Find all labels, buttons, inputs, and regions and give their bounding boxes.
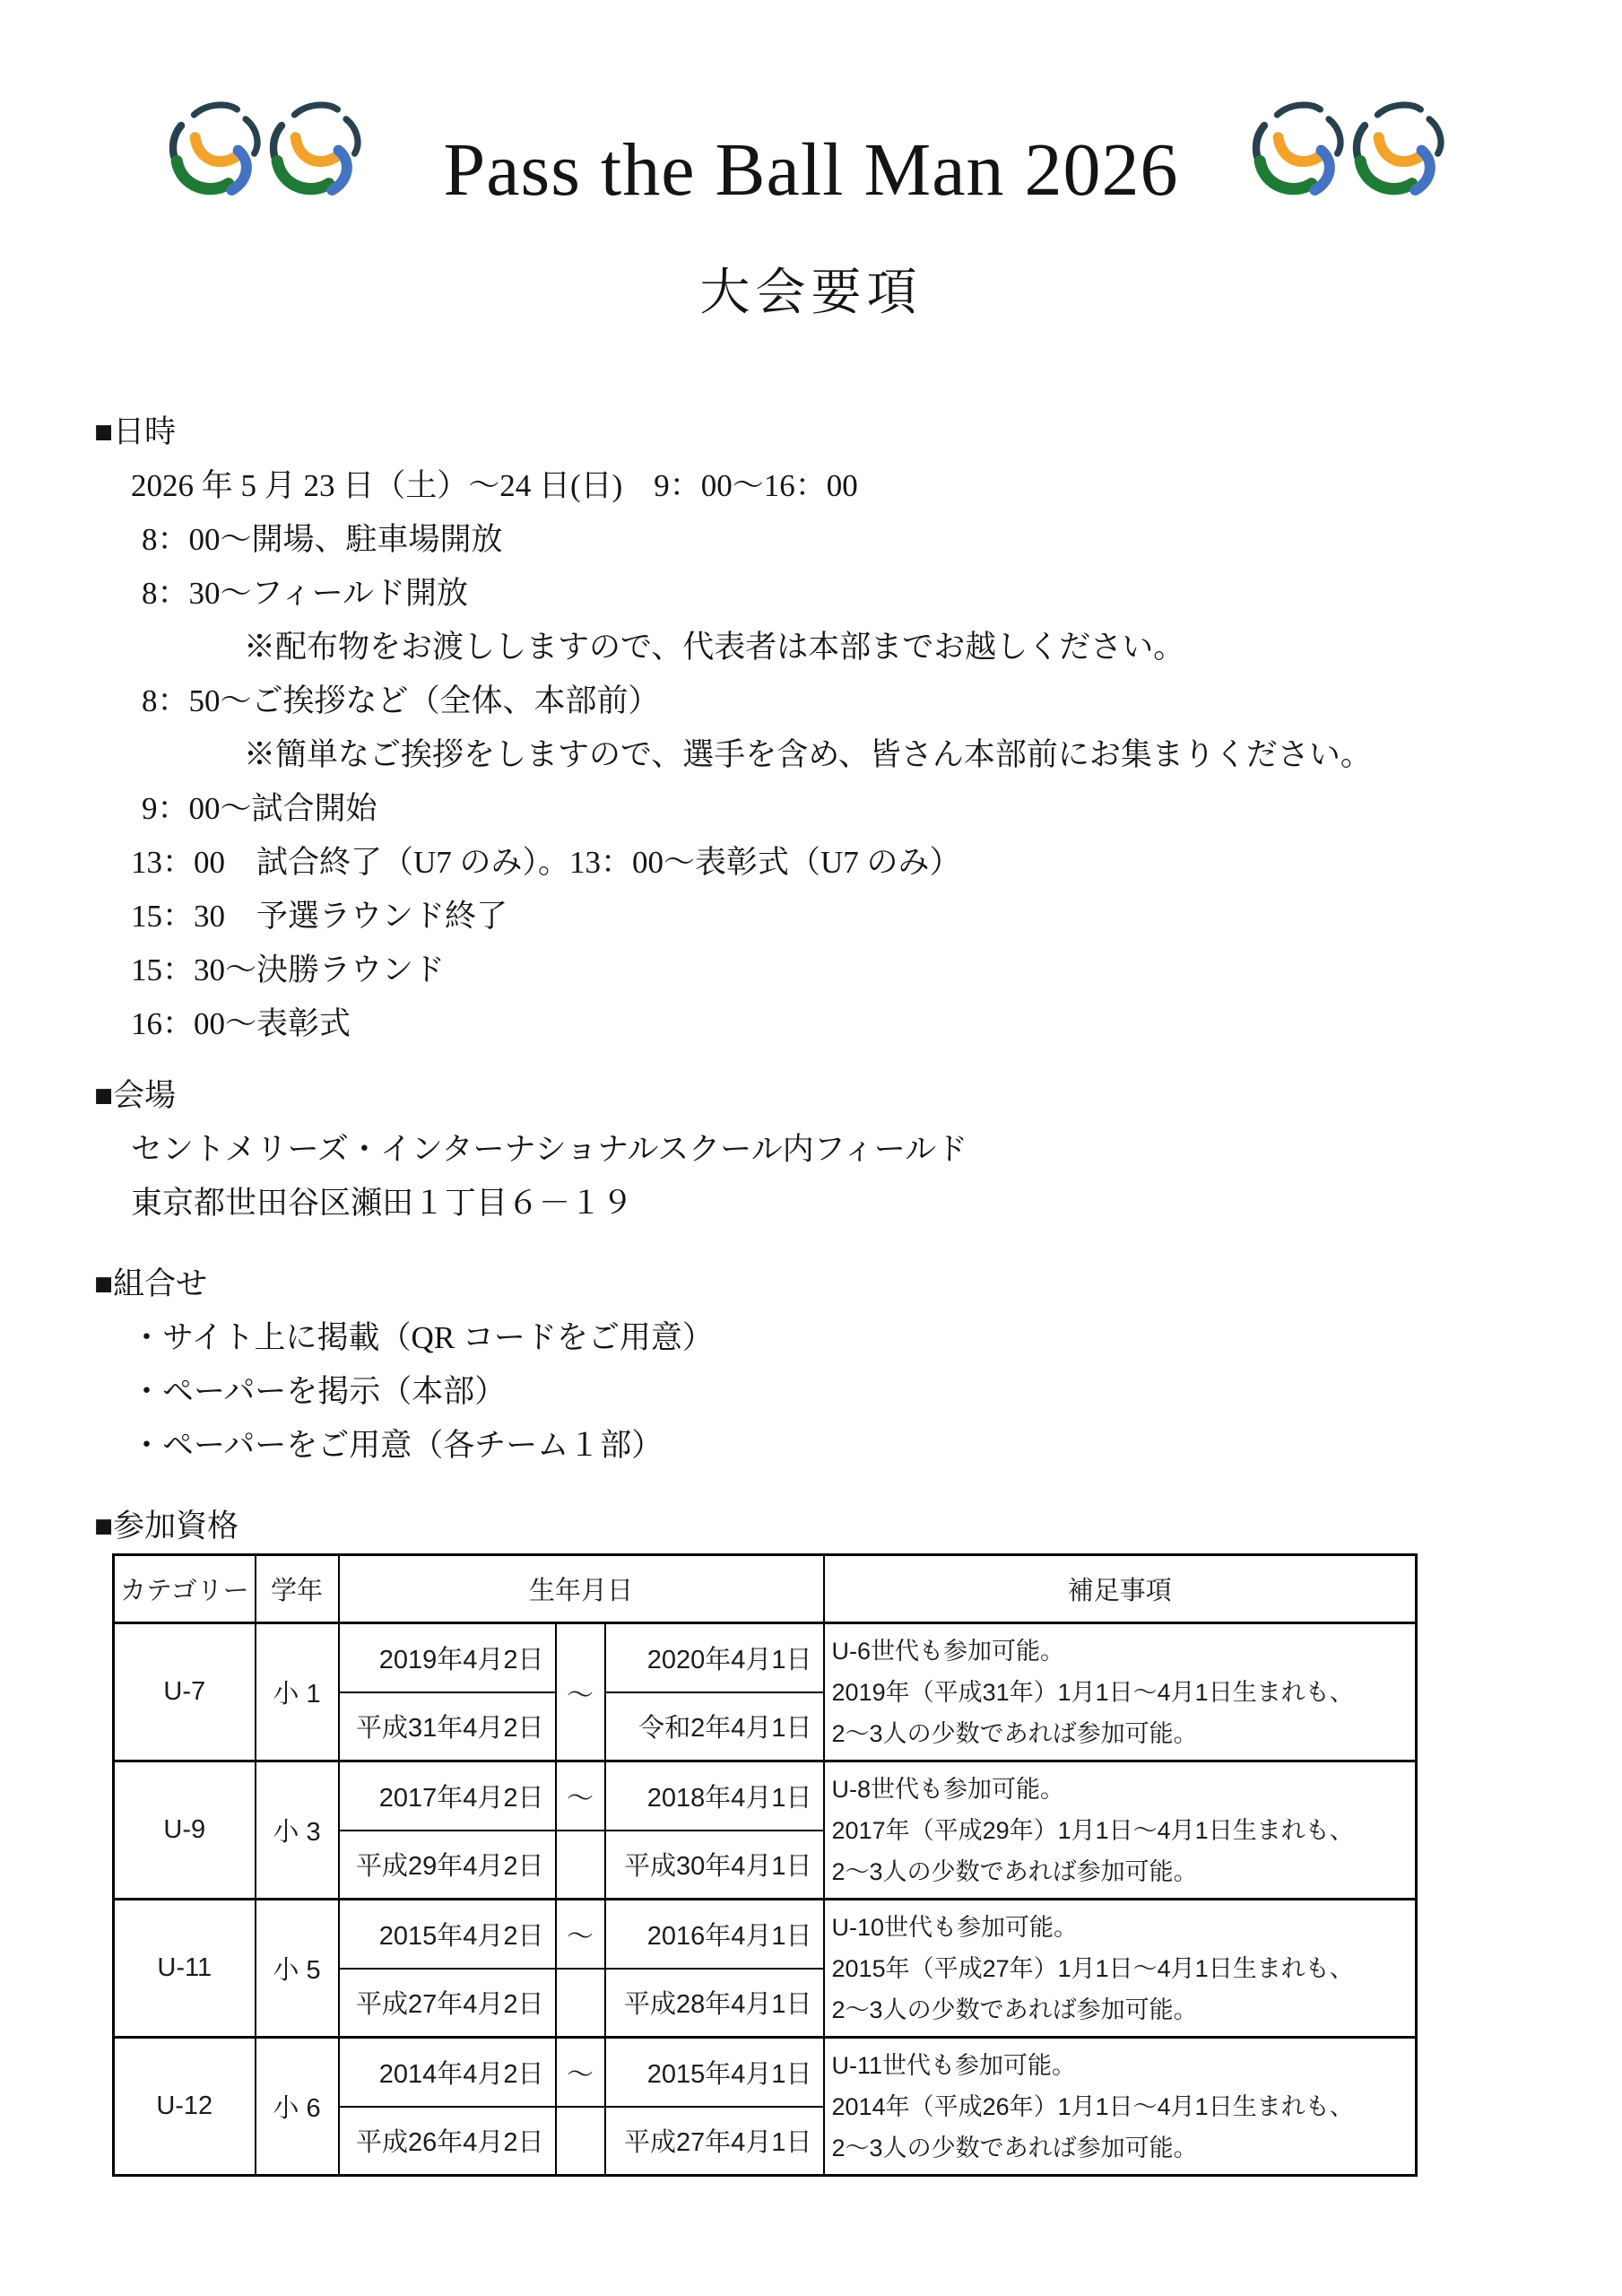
section-pairings: ■組合せ ・サイト上に掲載（QR コードをご用意） ・ペーパーを掲示（本部） ・…: [0, 1257, 1622, 1473]
birthdate-end-cell: 2020年4月1日: [605, 1623, 824, 1692]
notes-cell: U-10世代も参加可能。 2015年（平成27年）1月1日～4月1日生まれも、 …: [824, 1900, 1417, 2038]
table-row-u11: U-11 小 5 2015年4月2日 ～ 2016年4月1日 U-10世代も参加…: [114, 1900, 1417, 1969]
birthdate-end-era-cell: 平成27年4月1日: [605, 2107, 824, 2176]
section-datetime: ■日時 2026 年 5 月 23 日（土）～24 日(日) 9：00～16：0…: [0, 405, 1622, 1051]
venue-name-line: セントメリーズ・インターナショナルスクール内フィールド: [131, 1123, 1622, 1177]
birthdate-end-cell: 2016年4月1日: [605, 1900, 824, 1969]
tilde-cell: ～: [556, 1761, 605, 1831]
ball-man-logo-icon: [1349, 99, 1456, 206]
ball-man-logo-use: [173, 105, 257, 190]
note-line: 2～3人の少数であれば参加可能。: [832, 1989, 1410, 2031]
birthdate-start-era-cell: 平成27年4月2日: [339, 1969, 556, 2038]
tilde-cell: ～: [556, 1623, 605, 1761]
section-eligibility: ■参加資格: [0, 1500, 1622, 1553]
section-heading-pairings: ■組合せ: [94, 1257, 1622, 1311]
birthdate-start-cell: 2015年4月2日: [339, 1900, 556, 1969]
ball-man-logo-icon: [165, 99, 273, 206]
ball-man-logo-icon: [265, 99, 373, 206]
note-line: U-8世代も参加可能。: [832, 1769, 1410, 1810]
pairings-bullet: ・ペーパーを掲示（本部）: [131, 1365, 1622, 1419]
note-line: 2014年（平成26年）1月1日～4月1日生まれも、: [832, 2086, 1410, 2127]
birthdate-start-cell: 2017年4月2日: [339, 1761, 556, 1831]
ball-man-logo-icon: [1248, 99, 1356, 206]
header-notes: 補足事項: [824, 1555, 1417, 1623]
eligibility-table-body: U-7 小 1 2019年4月2日 ～ 2020年4月1日 U-6世代も参加可能…: [114, 1623, 1417, 2176]
birthdate-start-cell: 2019年4月2日: [339, 1623, 556, 1692]
grade-cell: 小 1: [256, 1623, 339, 1761]
note-line: 2～3人の少数であれば参加可能。: [832, 1713, 1410, 1754]
schedule-line: 8：50～ご挨拶など（全体、本部前）: [142, 674, 1622, 728]
schedule-note-line: ※配布物をお渡ししますので、代表者は本部までお越しください。: [244, 621, 1622, 674]
grade-cell: 小 6: [256, 2038, 339, 2176]
header-birthdate: 生年月日: [339, 1555, 824, 1623]
eligibility-table-head: カテゴリー 学年 生年月日 補足事項: [114, 1555, 1417, 1623]
section-heading-datetime: ■日時: [94, 405, 1622, 459]
category-cell: U-7: [114, 1623, 256, 1761]
birthdate-start-cell: 2014年4月2日: [339, 2038, 556, 2107]
grade-cell: 小 5: [256, 1900, 339, 2038]
table-row-u12: U-12 小 6 2014年4月2日 ～ 2015年4月1日 U-11世代も参加…: [114, 2038, 1417, 2107]
birthdate-end-cell: 2018年4月1日: [605, 1761, 824, 1831]
birthdate-start-era-cell: 平成29年4月2日: [339, 1831, 556, 1900]
header-grade: 学年: [256, 1555, 339, 1623]
note-line: 2015年（平成27年）1月1日～4月1日生まれも、: [832, 1948, 1410, 1989]
table-row-u9: U-9 小 3 2017年4月2日 ～ 2018年4月1日 U-8世代も参加可能…: [114, 1761, 1417, 1831]
pairings-bullet: ・ペーパーをご用意（各チーム１部）: [131, 1419, 1622, 1473]
note-line: U-10世代も参加可能。: [832, 1907, 1410, 1948]
ball-man-logo-use: [1357, 105, 1441, 190]
category-cell: U-9: [114, 1761, 256, 1900]
note-line: U-11世代も参加可能。: [832, 2045, 1410, 2086]
section-heading-venue: ■会場: [94, 1069, 1622, 1123]
schedule-line: 15：30 予選ラウンド終了: [131, 890, 1622, 944]
eligibility-table: カテゴリー 学年 生年月日 補足事項 U-7 小 1 2019年4月2日 ～ 2…: [112, 1553, 1418, 2177]
schedule-line: 15：30～決勝ラウンド: [131, 944, 1622, 997]
schedule-line: 9：00～試合開始: [142, 782, 1622, 836]
pairings-bullet: ・サイト上に掲載（QR コードをご用意）: [131, 1311, 1622, 1365]
schedule-line-date: 2026 年 5 月 23 日（土）～24 日(日) 9：00～16：00: [131, 459, 1622, 513]
schedule-note-line: ※簡単なご挨拶をしますので、選手を含め、皆さん本部前にお集まりください。: [244, 728, 1622, 782]
logo-cluster-right: [1248, 99, 1456, 206]
schedule-line: 13：00 試合終了（U7 のみ）。13：00～表彰式（U7 のみ）: [131, 836, 1622, 890]
notes-cell: U-8世代も参加可能。 2017年（平成29年）1月1日～4月1日生まれも、 2…: [824, 1761, 1417, 1900]
notes-cell: U-11世代も参加可能。 2014年（平成26年）1月1日～4月1日生まれも、 …: [824, 2038, 1417, 2176]
note-line: 2～3人の少数であれば参加可能。: [832, 1851, 1410, 1892]
schedule-line: 16：00～表彰式: [131, 997, 1622, 1051]
table-row-u7: U-7 小 1 2019年4月2日 ～ 2020年4月1日 U-6世代も参加可能…: [114, 1623, 1417, 1692]
document-page: Pass the Ball Man 2026 大会要項 ■日時 2026 年 5…: [0, 0, 1622, 2296]
ball-man-logo-use: [273, 105, 358, 190]
tilde-empty-cell: [556, 1831, 605, 1900]
ball-man-logo-use: [1256, 105, 1340, 190]
tilde-cell: ～: [556, 2038, 605, 2107]
tilde-cell: ～: [556, 1900, 605, 1969]
birthdate-end-cell: 2015年4月1日: [605, 2038, 824, 2107]
tilde-empty-cell: [556, 2107, 605, 2176]
logo-cluster-left: [165, 99, 373, 206]
birthdate-end-era-cell: 平成28年4月1日: [605, 1969, 824, 2038]
schedule-line: 8：30～フィールド開放: [142, 567, 1622, 621]
section-heading-eligibility: ■参加資格: [94, 1500, 1622, 1553]
note-line: U-6世代も参加可能。: [832, 1631, 1410, 1672]
note-line: 2019年（平成31年）1月1日～4月1日生まれも、: [832, 1672, 1410, 1713]
birthdate-start-era-cell: 平成31年4月2日: [339, 1692, 556, 1761]
header-category: カテゴリー: [114, 1555, 256, 1623]
note-line: 2～3人の少数であれば参加可能。: [832, 2127, 1410, 2169]
table-header-row: カテゴリー 学年 生年月日 補足事項: [114, 1555, 1417, 1623]
notes-cell: U-6世代も参加可能。 2019年（平成31年）1月1日～4月1日生まれも、 2…: [824, 1623, 1417, 1761]
note-line: 2017年（平成29年）1月1日～4月1日生まれも、: [832, 1810, 1410, 1851]
category-cell: U-11: [114, 1900, 256, 2038]
page-subtitle: 大会要項: [0, 268, 1622, 318]
birthdate-end-era-cell: 令和2年4月1日: [605, 1692, 824, 1761]
schedule-line: 8：00～開場、駐車場開放: [142, 513, 1622, 567]
birthdate-start-era-cell: 平成26年4月2日: [339, 2107, 556, 2176]
tilde-empty-cell: [556, 1969, 605, 2038]
venue-address-line: 東京都世田谷区瀬田１丁目６－１９: [131, 1177, 1622, 1231]
grade-cell: 小 3: [256, 1761, 339, 1900]
birthdate-end-era-cell: 平成30年4月1日: [605, 1831, 824, 1900]
section-venue: ■会場 セントメリーズ・インターナショナルスクール内フィールド 東京都世田谷区瀬…: [0, 1069, 1622, 1231]
category-cell: U-12: [114, 2038, 256, 2176]
